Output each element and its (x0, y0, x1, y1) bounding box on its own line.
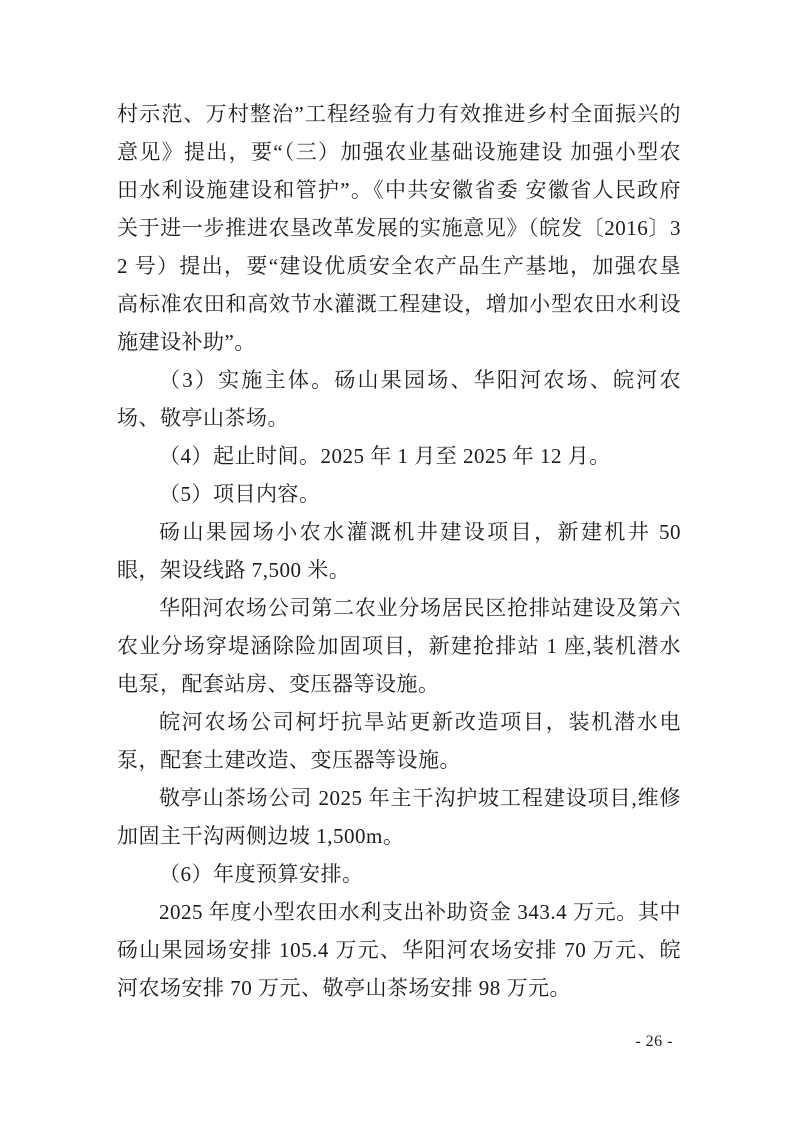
paragraph: （4）起止时间。2025 年 1 月至 2025 年 12 月。 (117, 437, 681, 475)
paragraph: 砀山果园场小农水灌溉机井建设项目，新建机井 50 眼，架设线路 7,500 米。 (117, 513, 681, 589)
paragraph: 2025 年度小型农田水利支出补助资金 343.4 万元。其中砀山果园场安排 1… (117, 893, 681, 1007)
page-number: - 26 - (635, 1032, 673, 1052)
paragraph: （3）实施主体。砀山果园场、华阳河农场、皖河农场、敬亭山茶场。 (117, 361, 681, 437)
paragraph: 敬亭山茶场公司 2025 年主干沟护坡工程建设项目,维修加固主干沟两侧边坡 1,… (117, 779, 681, 855)
paragraph: 华阳河农场公司第二农业分场居民区抢排站建设及第六农业分场穿堤涵除险加固项目，新建… (117, 589, 681, 703)
paragraph: 村示范、万村整治”工程经验有力有效推进乡村全面振兴的意见》提出，要“（三）加强农… (117, 95, 681, 361)
paragraph: 皖河农场公司柯圩抗旱站更新改造项目，装机潜水电泵，配套土建改造、变压器等设施。 (117, 703, 681, 779)
document-body: 村示范、万村整治”工程经验有力有效推进乡村全面振兴的意见》提出，要“（三）加强农… (117, 95, 681, 1007)
document-page: 村示范、万村整治”工程经验有力有效推进乡村全面振兴的意见》提出，要“（三）加强农… (0, 0, 794, 1123)
paragraph: （6）年度预算安排。 (117, 855, 681, 893)
paragraph: （5）项目内容。 (117, 475, 681, 513)
